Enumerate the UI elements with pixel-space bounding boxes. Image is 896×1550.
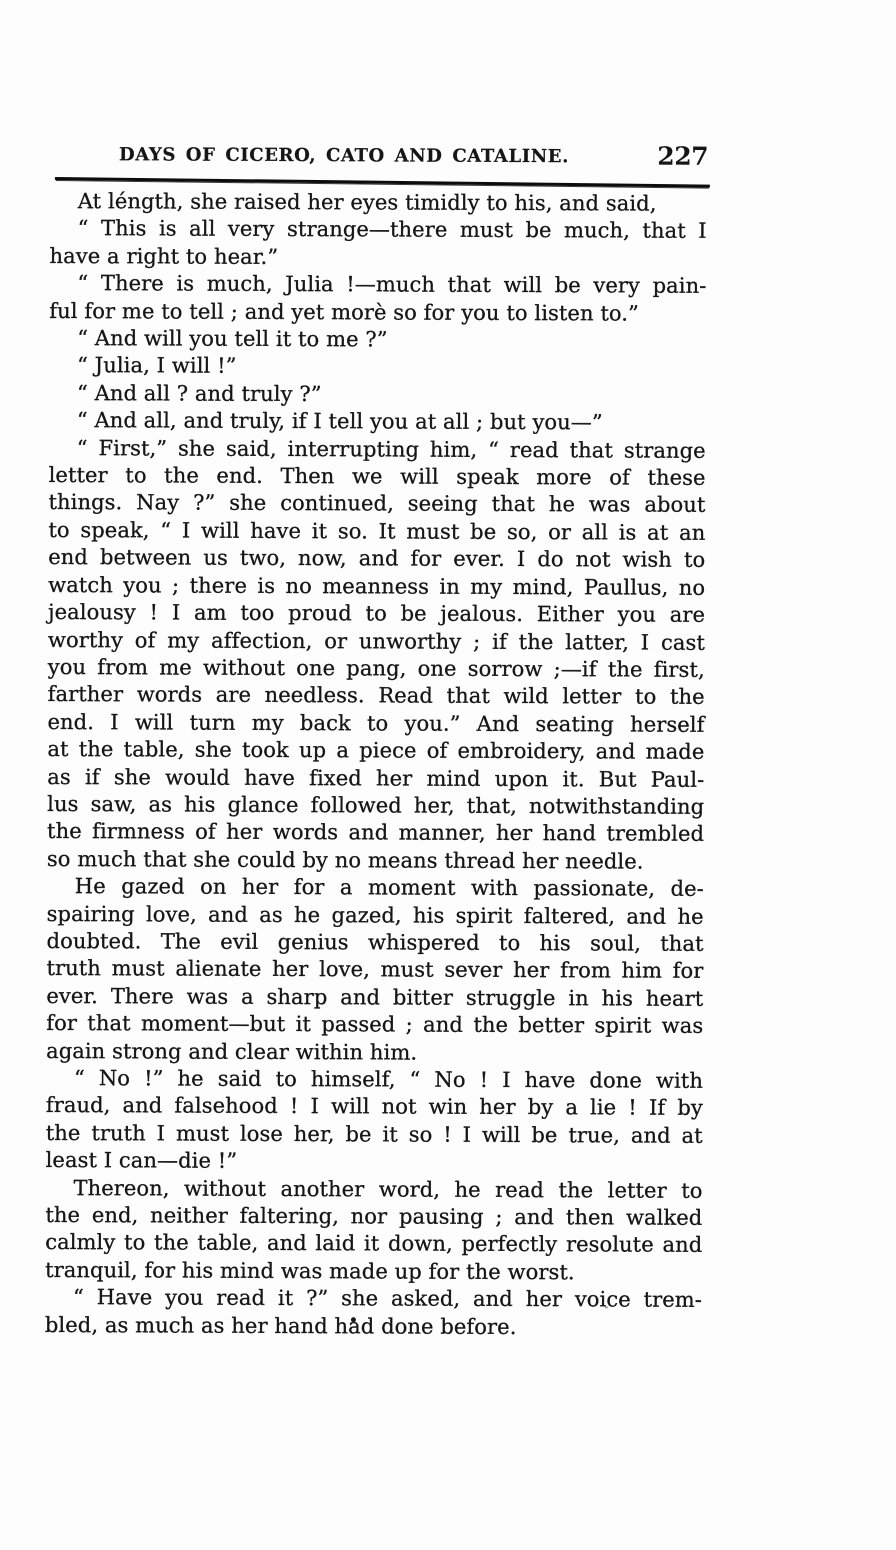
paragraph: “ No !” he said to himself, “ No ! I hav… — [46, 1065, 703, 1177]
text-line: end. I will turn my back to you.” And se… — [47, 709, 704, 739]
paragraph: Thereon, without another word, he read t… — [45, 1175, 702, 1287]
text-line: “ And all, and truly, if I tell you at a… — [49, 407, 706, 437]
text-line: “ No !” he said to himself, “ No ! I hav… — [46, 1065, 703, 1095]
running-title: DAYS OF CICERO, CATO AND CATALINE. — [50, 144, 638, 168]
text-line: worthy of my affection, or unworthy ; if… — [48, 626, 705, 656]
page-header: DAYS OF CICERO, CATO AND CATALINE. 227 — [50, 144, 708, 177]
text-line: for that moment—but it passed ; and the … — [46, 1010, 703, 1040]
paragraph: “ Julia, I will !” — [49, 352, 706, 382]
text-line: truth must alienate her love, must sever… — [46, 955, 703, 985]
paragraph: At léngth, she raised her eyes timidly t… — [50, 188, 707, 218]
header-rule — [55, 177, 710, 188]
text-line: as if she would have fixed her mind upon… — [47, 763, 704, 793]
text-line: at the table, she took up a piece of emb… — [47, 736, 704, 766]
paragraph: “ This is all very strange—there must be… — [50, 215, 707, 273]
paragraph: He gazed on her for a moment with passio… — [46, 873, 704, 1068]
text-line: again strong and clear within him. — [46, 1038, 703, 1068]
text-line: the truth I must lose her, be it so ! I … — [46, 1120, 703, 1150]
text-line: watch you ; there is no meanness in my m… — [48, 572, 705, 602]
text-line: ful for me to tell ; and yet morè so for… — [49, 298, 706, 328]
text-line: “ This is all very strange—there must be… — [50, 215, 707, 245]
text-line: “ Have you read it ?” she asked, and her… — [45, 1284, 702, 1314]
text-line: things. Nay ?” she continued, seeing tha… — [48, 489, 705, 519]
text-line: “ There is much, Julia !—much that will … — [49, 270, 706, 300]
text-line: least I can—die !” — [46, 1147, 703, 1177]
text-line: ever. There was a sharp and bitter strug… — [46, 983, 703, 1013]
text-line: calmly to the table, and laid it down, p… — [45, 1229, 702, 1259]
text-line: the end, neither faltering, nor pausing … — [45, 1202, 702, 1232]
text-line: At léngth, she raised her eyes timidly t… — [50, 188, 707, 218]
text-line: jealousy ! I am too proud to be jealous.… — [48, 599, 705, 629]
text-line: Thereon, without another word, he read t… — [45, 1175, 702, 1205]
text-line: end between us two, now, and for ever. I… — [48, 544, 705, 574]
scanned-page-content: DAYS OF CICERO, CATO AND CATALINE. 227 A… — [0, 0, 896, 1550]
text-line: farther words are needless. Read that wi… — [48, 681, 705, 711]
text-line: have a right to hear.” — [50, 243, 707, 273]
text-line: to speak, “ I will have it so. It must b… — [48, 517, 705, 547]
paragraph: “ First,” she said, interrupting him, “ … — [47, 435, 706, 876]
paragraph: “ And will you tell it to me ?” — [49, 325, 706, 355]
text-line: “ First,” she said, interrupting him, “ … — [49, 435, 706, 465]
text-line: the firmness of her words and manner, he… — [47, 818, 704, 848]
paragraph: “ And all ? and truly ?” — [49, 380, 706, 410]
paragraph: “ And all, and truly, if I tell you at a… — [49, 407, 706, 437]
ink-speck — [605, 1306, 608, 1308]
text-line: tranquil, for his mind was made up for t… — [45, 1257, 702, 1287]
page-number: 227 — [657, 142, 708, 171]
book-page: DAYS OF CICERO, CATO AND CATALINE. 227 A… — [0, 0, 896, 1550]
text-line: so much that she could by no means threa… — [47, 846, 704, 876]
text-line: letter to the end. Then we will speak mo… — [49, 462, 706, 492]
text-line: “ Julia, I will !” — [49, 352, 706, 382]
text-line: doubted. The evil genius whispered to hi… — [47, 928, 704, 958]
text-line: bled, as much as her hand had done befor… — [45, 1312, 702, 1342]
text-line: you from me without one pang, one sorrow… — [48, 654, 705, 684]
page-body: At léngth, she raised her eyes timidly t… — [45, 188, 707, 1342]
text-line: lus saw, as his glance followed her, tha… — [47, 791, 704, 821]
paragraph: “ There is much, Julia !—much that will … — [49, 270, 706, 328]
text-line: spairing love, and as he gazed, his spir… — [47, 901, 704, 931]
text-line: fraud, and falsehood ! I will not win he… — [46, 1092, 703, 1122]
text-line: “ And will you tell it to me ?” — [49, 325, 706, 355]
paragraph: “ Have you read it ?” she asked, and her… — [45, 1284, 702, 1342]
text-line: He gazed on her for a moment with passio… — [47, 873, 704, 903]
ink-spot — [351, 1317, 356, 1322]
text-line: “ And all ? and truly ?” — [49, 380, 706, 410]
